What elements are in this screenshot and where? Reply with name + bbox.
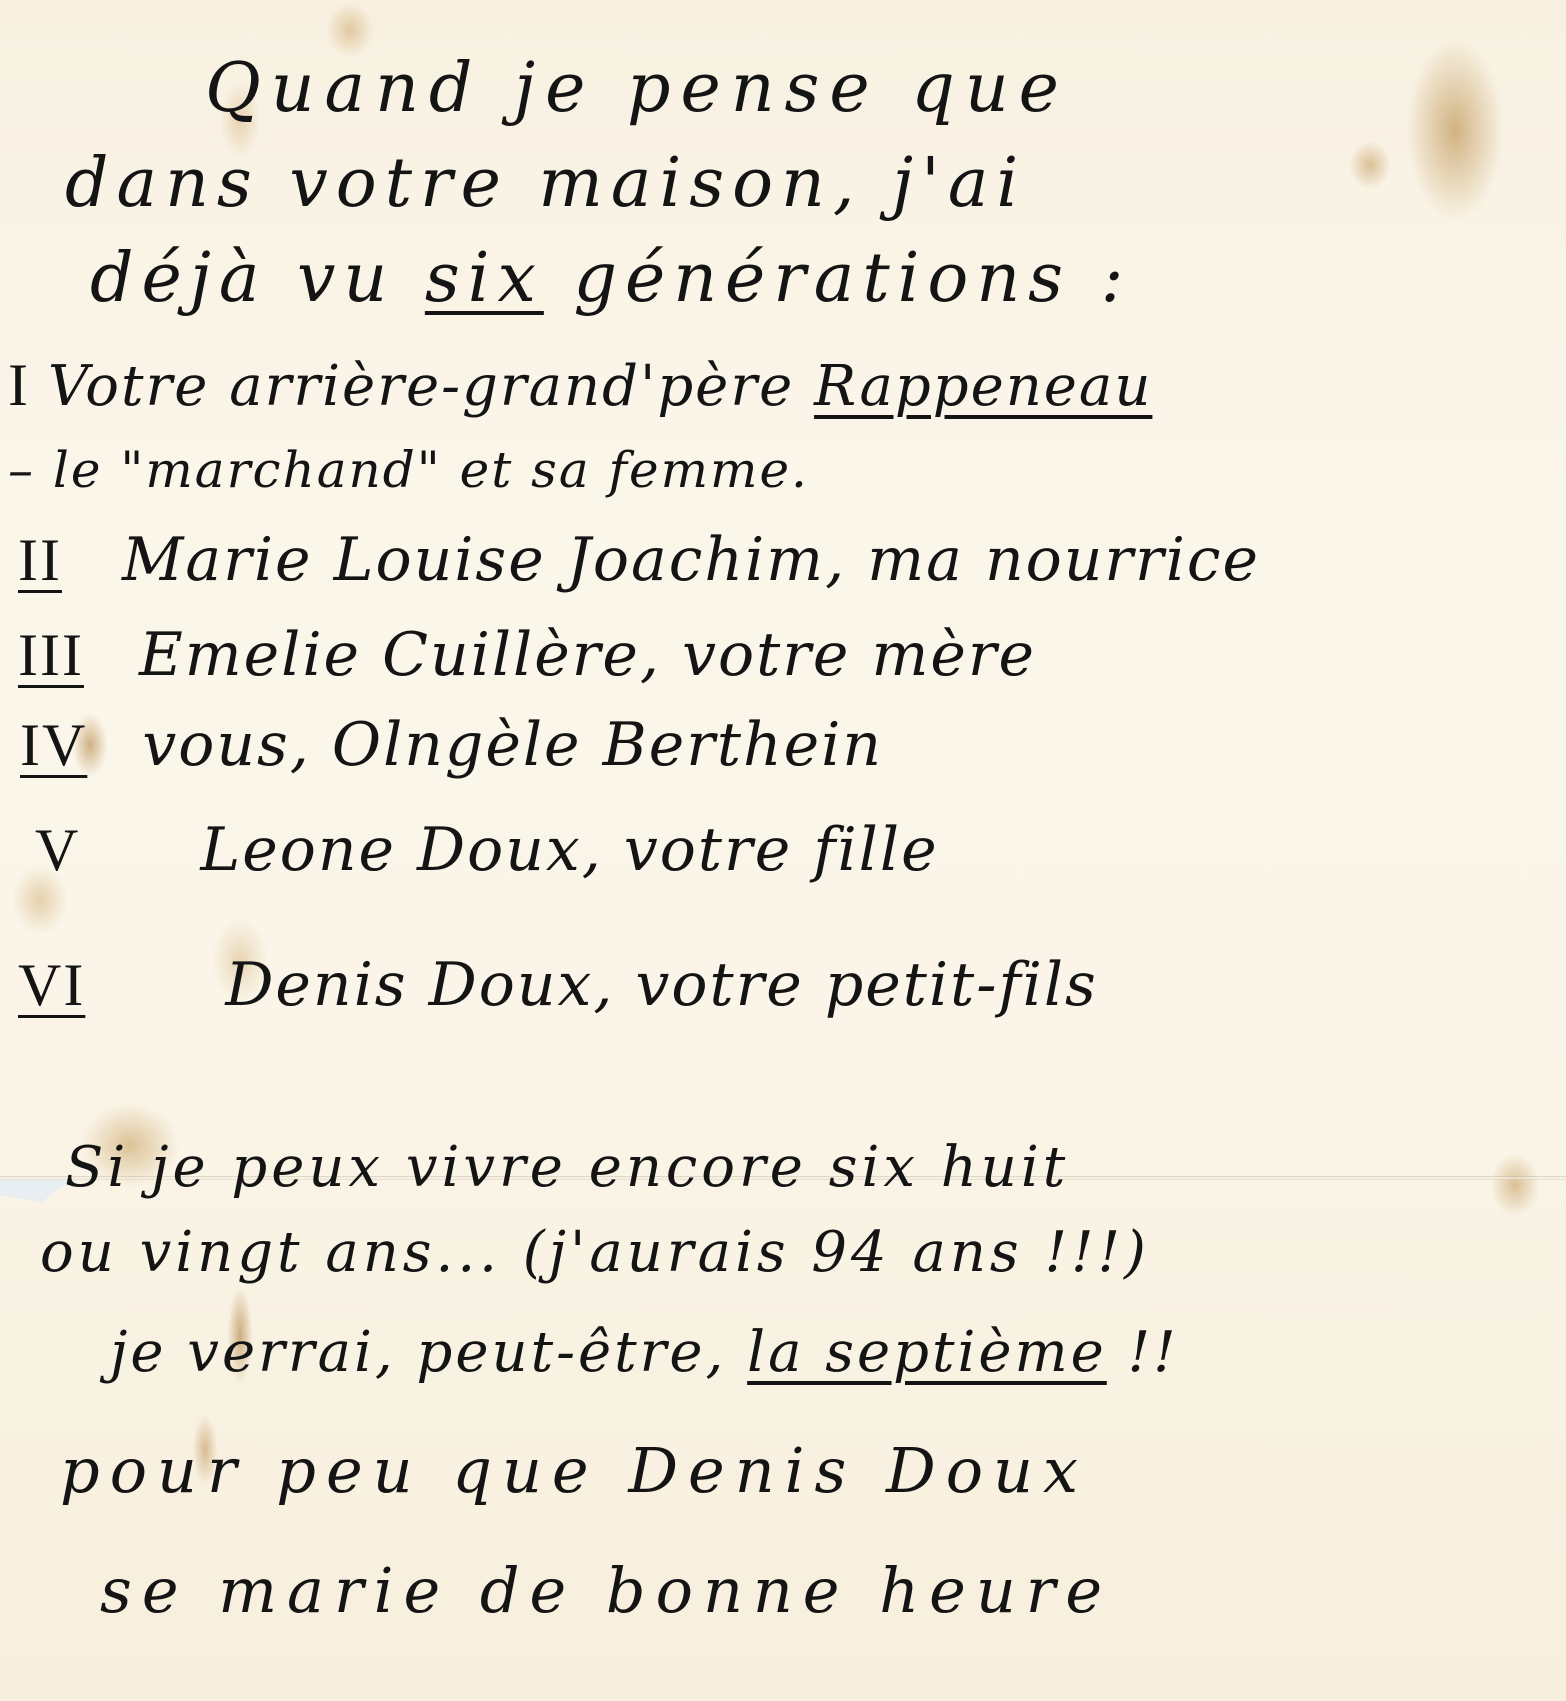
generation-item-1-continuation: – le "marchand" et sa femme. (8, 445, 809, 495)
generation-text: Denis Doux, votre petit-fils (225, 950, 1098, 1020)
generation-item-2: IIMarie Louise Joachim, ma nourrice (18, 530, 1260, 590)
roman-numeral: II (18, 527, 62, 593)
generation-item-4: IVvous, Olngèle Berthein (20, 715, 883, 775)
closing-line-1: Si je peux vivre encore six huit (65, 1140, 1069, 1196)
generation-item-6: VIDenis Doux, votre petit-fils (18, 955, 1098, 1015)
intro-line-2: dans votre maison, j'ai (65, 150, 1026, 218)
underlined-six: six (425, 239, 544, 318)
generation-item-3: IIIEmelie Cuillère, votre mère (18, 625, 1036, 685)
closing-line-3-before: je verrai, peut-être, (110, 1320, 747, 1385)
roman-numeral: III (18, 622, 84, 688)
generation-text: Marie Louise Joachim, ma nourrice (122, 525, 1260, 595)
generation-text: Leone Doux, votre fille (200, 815, 938, 885)
intro-line-3: déjà vu six générations : (90, 245, 1132, 313)
intro-line-3-before: déjà vu (90, 239, 425, 318)
intro-line-3-after: générations : (544, 239, 1132, 318)
intro-line-1: Quand je pense que (205, 55, 1069, 123)
letter-page: Quand je pense que dans votre maison, j'… (0, 0, 1566, 1701)
generation-item-5: VLeone Doux, votre fille (35, 820, 939, 880)
closing-line-3-after: !! (1107, 1320, 1179, 1385)
generation-item-1: IVotre arrière-grand'père Rappeneau (8, 355, 1152, 415)
roman-numeral: V (35, 817, 80, 883)
closing-line-4: pour peu que Denis Doux (60, 1440, 1088, 1502)
generation-text: vous, Olngèle Berthein (142, 710, 883, 780)
underlined-septieme: la septième (747, 1320, 1107, 1385)
closing-line-3: je verrai, peut-être, la septième !! (110, 1325, 1179, 1381)
closing-line-2: ou vingt ans... (j'aurais 94 ans !!!) (40, 1225, 1150, 1281)
generation-text: Votre arrière-grand'père (48, 354, 814, 419)
roman-numeral: VI (18, 952, 85, 1018)
roman-numeral: IV (20, 712, 87, 778)
paper-tear (0, 1180, 70, 1202)
generation-text: Emelie Cuillère, votre mère (139, 620, 1036, 690)
underlined-name: Rappeneau (814, 354, 1152, 419)
roman-numeral: I (8, 352, 30, 418)
closing-line-5: se marie de bonne heure (100, 1560, 1112, 1622)
